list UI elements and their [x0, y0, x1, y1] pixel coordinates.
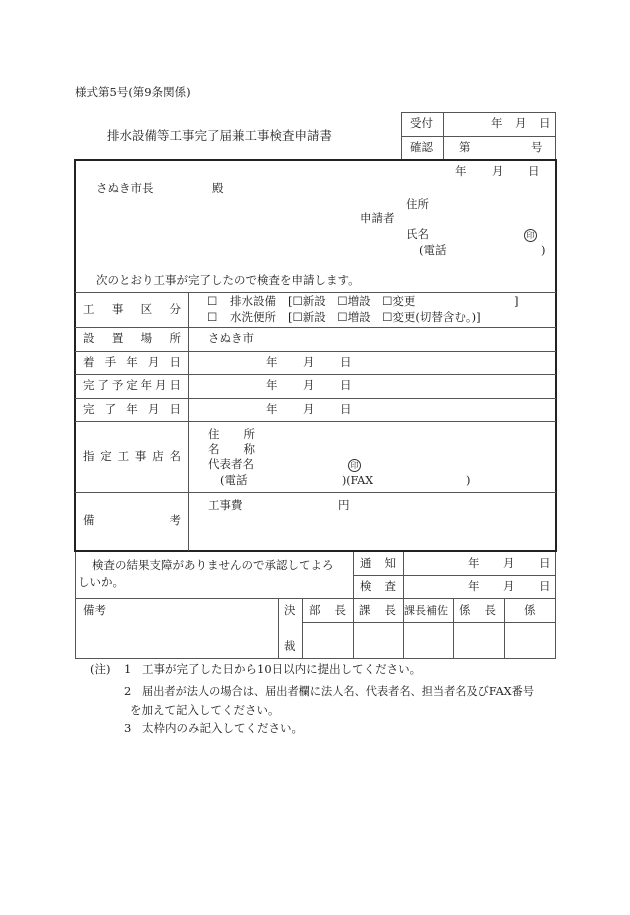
inspection-month[interactable]: 月 [503, 581, 515, 593]
note-1-text: 工事が完了した日から10日以内に提出してください。 [142, 664, 421, 676]
inspection-year[interactable]: 年 [468, 581, 480, 593]
decision-label-1: 決 [284, 605, 296, 617]
seal-icon: 印 [524, 229, 537, 242]
stamp-box-assistant-chief[interactable] [404, 623, 453, 658]
completion-date-month[interactable]: 月 [303, 404, 315, 416]
notes-prefix: (注) [90, 664, 110, 676]
work-type-label: 工事区分 [83, 304, 181, 316]
planned-completion-year[interactable]: 年 [266, 380, 278, 392]
received-year[interactable]: 年 [491, 118, 503, 130]
note-2-num: 2 [124, 686, 131, 698]
drainage-checkbox[interactable]: ☐ [207, 296, 217, 308]
toilet-checkbox[interactable]: ☐ [207, 312, 217, 324]
cost-label: 工事費 [208, 500, 243, 512]
note-3-text: 太枠内のみ記入してください。 [142, 723, 303, 735]
location-label: 設置場所 [83, 333, 181, 345]
role-staff: 係 [524, 605, 536, 617]
start-date-label: 着手年月日 [83, 357, 181, 369]
received-day[interactable]: 日 [539, 118, 551, 130]
honorific: 殿 [212, 183, 224, 195]
start-date-day[interactable]: 日 [340, 357, 352, 369]
cost-unit: 円 [338, 500, 350, 512]
contractor-phone-open: (電話 [220, 475, 248, 487]
statement: 次のとおり工事が完了したので検査を申請します。 [96, 275, 360, 287]
note-2-text: 届出者が法人の場合は、届出者欄に法人名、代表者名、担当者名及びFAX番号 [142, 686, 534, 697]
stamp-box-department-head[interactable] [303, 623, 352, 658]
toilet-label: 水洗便所 [230, 312, 276, 324]
location-value[interactable]: さぬき市 [208, 333, 254, 345]
decision-label-2: 裁 [284, 641, 296, 653]
page-title: 排水設備等工事完了届兼工事検査申請書 [107, 130, 332, 143]
notice-month[interactable]: 月 [503, 558, 515, 570]
start-date-month[interactable]: 月 [303, 357, 315, 369]
completion-date-day[interactable]: 日 [340, 404, 352, 416]
applicant-address-label: 住所 [406, 199, 429, 211]
applicant-phone-open: (電話 [419, 245, 447, 257]
contractor-fax: )(FAX [342, 475, 373, 486]
contractor-name-label: 名称 [208, 444, 255, 456]
note-2-cont: を加えて記入してください。 [130, 705, 280, 717]
approval-statement-2: しいか。 [78, 577, 124, 589]
stamp-box-staff[interactable] [505, 623, 555, 658]
role-subsection-chief: 係長 [459, 605, 496, 617]
form-number: 様式第5号(第9条関係) [75, 87, 191, 99]
contractor-address-label: 住所 [208, 429, 255, 441]
header-date-month[interactable]: 月 [492, 166, 504, 178]
addressee: さぬき市長 [96, 183, 154, 195]
drainage-label: 排水設備 [230, 296, 276, 308]
role-assistant-chief: 課長補佐 [404, 605, 448, 616]
received-label: 受付 [410, 118, 433, 130]
approval-remarks-label: 備考 [83, 605, 106, 617]
drainage-choices[interactable]: [☐新設 ☐増設 ☐変更 [288, 296, 415, 308]
header-date-day[interactable]: 日 [528, 166, 540, 178]
completion-date-label: 完了年月日 [83, 404, 181, 416]
role-department-head: 部長 [309, 605, 346, 617]
notice-label: 通知 [360, 558, 396, 570]
stamp-box-section-chief[interactable] [354, 623, 403, 658]
drainage-close: ] [514, 296, 519, 308]
notice-year[interactable]: 年 [468, 558, 480, 570]
received-month[interactable]: 月 [515, 118, 527, 130]
toilet-choices[interactable]: [☐新設 ☐増設 ☐変更(切替含む。)] [288, 312, 481, 324]
applicant-label: 申請者 [360, 213, 395, 225]
stamp-box-subsection-chief[interactable] [454, 623, 504, 658]
planned-completion-label: 完了予定年月日 [83, 380, 181, 392]
note-3-num: 3 [124, 723, 131, 735]
role-section-chief: 課長 [359, 605, 396, 617]
note-1-num: 1 [124, 664, 131, 676]
confirmed-label: 確認 [410, 142, 433, 154]
applicant-phone-close: ) [541, 245, 546, 257]
planned-completion-day[interactable]: 日 [340, 380, 352, 392]
completion-date-year[interactable]: 年 [266, 404, 278, 416]
start-date-year[interactable]: 年 [266, 357, 278, 369]
confirmed-suffix[interactable]: 号 [531, 142, 543, 154]
inspection-day[interactable]: 日 [539, 581, 551, 593]
notice-day[interactable]: 日 [539, 558, 551, 570]
contractor-label: 指定工事店名 [83, 451, 181, 463]
planned-completion-month[interactable]: 月 [303, 380, 315, 392]
contractor-rep-label: 代表者名 [208, 459, 254, 471]
header-date-year[interactable]: 年 [455, 166, 467, 178]
contractor-close: ) [466, 475, 471, 487]
inspection-label: 検査 [360, 581, 396, 593]
applicant-name-label: 氏名 [406, 229, 429, 241]
contractor-seal-icon: 印 [348, 459, 361, 472]
main-form-frame [74, 159, 557, 552]
approval-statement-1: 検査の結果支障がありませんので承認してよろ [92, 560, 334, 572]
remarks-label: 備考 [83, 515, 181, 527]
confirmed-prefix[interactable]: 第 [459, 142, 471, 154]
